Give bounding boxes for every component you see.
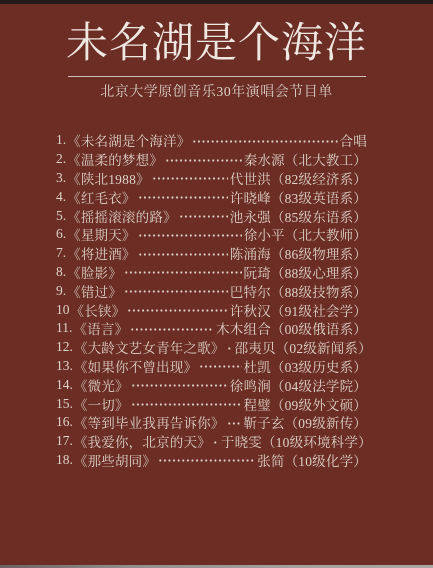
item-number: 8.	[56, 264, 66, 280]
song-title: 《陕北1988》	[67, 168, 150, 188]
item-number: 14.	[56, 377, 73, 393]
item-number: 9.	[56, 283, 66, 299]
song-title: 《摇摇滚滚的路》	[67, 206, 177, 226]
program-row: 5.《摇摇滚滚的路》池永强（85级东语系）	[56, 206, 367, 225]
program-row: 13.《如果你不曾出现》杜凯（03级历史系）	[56, 357, 367, 376]
program-row: 18.《那些胡同》张简（10级化学）	[56, 451, 367, 470]
performer: 秦水源（北大教工）	[244, 149, 367, 169]
song-title: 《将进酒》	[67, 243, 136, 263]
dot-leader	[138, 244, 228, 263]
dot-leader	[131, 375, 228, 394]
song-title: 《如果你不曾出现》	[74, 356, 197, 376]
concert-subtitle: 北京大学原创音乐30年演唱会节目单	[0, 84, 433, 102]
item-number: 18.	[56, 452, 73, 468]
song-title: 《等到毕业我再告诉你》	[74, 412, 225, 432]
dot-leader	[158, 451, 255, 470]
song-title: 《微光》	[74, 375, 129, 395]
performer: 许晓峰（83级英语系）	[230, 187, 367, 207]
item-number: 2.	[56, 151, 66, 167]
item-number: 17.	[56, 433, 73, 449]
dot-leader	[227, 413, 242, 432]
item-number: 10	[56, 302, 70, 318]
program-row: 4.《红毛衣》许晓峰（83级英语系）	[56, 187, 367, 206]
program-row: 3.《陕北1988》代世洪（82级经济系）	[56, 169, 367, 188]
song-title: 《那些胡同》	[74, 450, 156, 470]
item-number: 15.	[56, 396, 73, 412]
program-row: 10《长铗》许秋汉（91级社会学）	[56, 300, 367, 319]
performer: 徐鸣涧（04级法学院）	[230, 375, 367, 395]
item-number: 4.	[56, 189, 66, 205]
dot-leader	[130, 319, 214, 338]
performer: 木木组合（00级俄语系）	[216, 318, 367, 338]
item-number: 3.	[56, 170, 66, 186]
song-title: 《我爱你，北京的天》	[74, 431, 211, 451]
item-number: 13.	[56, 358, 73, 374]
song-title: 《一切》	[74, 394, 129, 414]
dot-leader	[179, 206, 228, 225]
title-divider	[68, 76, 366, 77]
dot-leader	[127, 300, 227, 319]
performer: 邵夷贝（02级新闻系）	[235, 337, 372, 357]
program-list: 1.《未名湖是个海洋》合唱2.《温柔的梦想》秦水源（北大教工）3.《陕北1988…	[0, 131, 433, 469]
performer: 许秋汉（91级社会学）	[230, 300, 367, 320]
performer: 程璧（09级外文硕）	[244, 394, 368, 414]
dot-leader	[199, 357, 241, 376]
performer: 于晓雯（10级环境科学）	[221, 431, 372, 451]
item-number: 11.	[56, 320, 72, 336]
program-row: 6.《星期天》徐小平（北大教师）	[56, 225, 367, 244]
performer: 杜凯（03级历史系）	[244, 356, 368, 376]
performer: 代世洪（82级经济系）	[230, 168, 367, 188]
song-title: 《脸影》	[67, 262, 122, 282]
dot-leader	[124, 281, 228, 300]
performer: 池永强（85级东语系）	[230, 206, 367, 226]
program-row: 17.《我爱你，北京的天》于晓雯（10级环境科学）	[56, 432, 367, 451]
item-number: 5.	[56, 208, 66, 224]
concert-title: 未名湖是个海洋	[0, 0, 433, 72]
item-number: 6.	[56, 226, 66, 242]
program-row: 2.《温柔的梦想》秦水源（北大教工）	[56, 150, 367, 169]
song-title: 《温柔的梦想》	[67, 149, 163, 169]
program-row: 7.《将进酒》陈涌海（86级物理系）	[56, 244, 367, 263]
item-number: 12.	[56, 339, 73, 355]
item-number: 7.	[56, 245, 66, 261]
dot-leader	[124, 263, 242, 282]
dot-leader	[152, 169, 228, 188]
item-number: 16.	[56, 414, 73, 430]
program-row: 9.《错过》巴特尔（88级技物系）	[56, 281, 367, 300]
concert-program-poster: 未名湖是个海洋 北京大学原创音乐30年演唱会节目单 1.《未名湖是个海洋》合唱2…	[0, 0, 433, 568]
performer: 巴特尔（88级技物系）	[230, 281, 367, 301]
song-title: 《红毛衣》	[67, 187, 136, 207]
song-title: 《星期天》	[67, 224, 136, 244]
program-row: 14.《微光》徐鸣涧（04级法学院）	[56, 375, 367, 394]
dot-leader	[165, 150, 242, 169]
dot-leader	[213, 432, 219, 451]
performer: 合唱	[340, 130, 367, 150]
performer: 阮琦（88级心理系）	[244, 262, 368, 282]
song-title: 《语言》	[73, 318, 128, 338]
dot-leader	[138, 225, 242, 244]
item-number: 1.	[56, 132, 66, 148]
song-title: 《错过》	[67, 281, 122, 301]
performer: 靳子玄（09级新传）	[244, 412, 368, 432]
song-title: 《未名湖是个海洋》	[67, 130, 190, 150]
performer: 陈涌海（86级物理系）	[230, 243, 367, 263]
program-row: 11.《语言》木木组合（00级俄语系）	[56, 319, 367, 338]
top-edge-strip	[0, 0, 433, 4]
program-row: 15.《一切》程璧（09级外文硕）	[56, 394, 367, 413]
dot-leader	[131, 394, 242, 413]
song-title: 《大龄文艺女青年之歌》	[74, 337, 225, 357]
program-row: 8.《脸影》阮琦（88级心理系）	[56, 263, 367, 282]
performer: 张简（10级化学）	[257, 450, 367, 470]
program-row: 1.《未名湖是个海洋》合唱	[56, 131, 367, 150]
dot-leader	[227, 338, 233, 357]
program-row: 12.《大龄文艺女青年之歌》邵夷贝（02级新闻系）	[56, 338, 367, 357]
song-title: 《长铗》	[71, 300, 126, 320]
performer: 徐小平（北大教师）	[244, 224, 367, 244]
dot-leader	[138, 187, 228, 206]
program-row: 16.《等到毕业我再告诉你》靳子玄（09级新传）	[56, 413, 367, 432]
dot-leader	[192, 131, 337, 150]
